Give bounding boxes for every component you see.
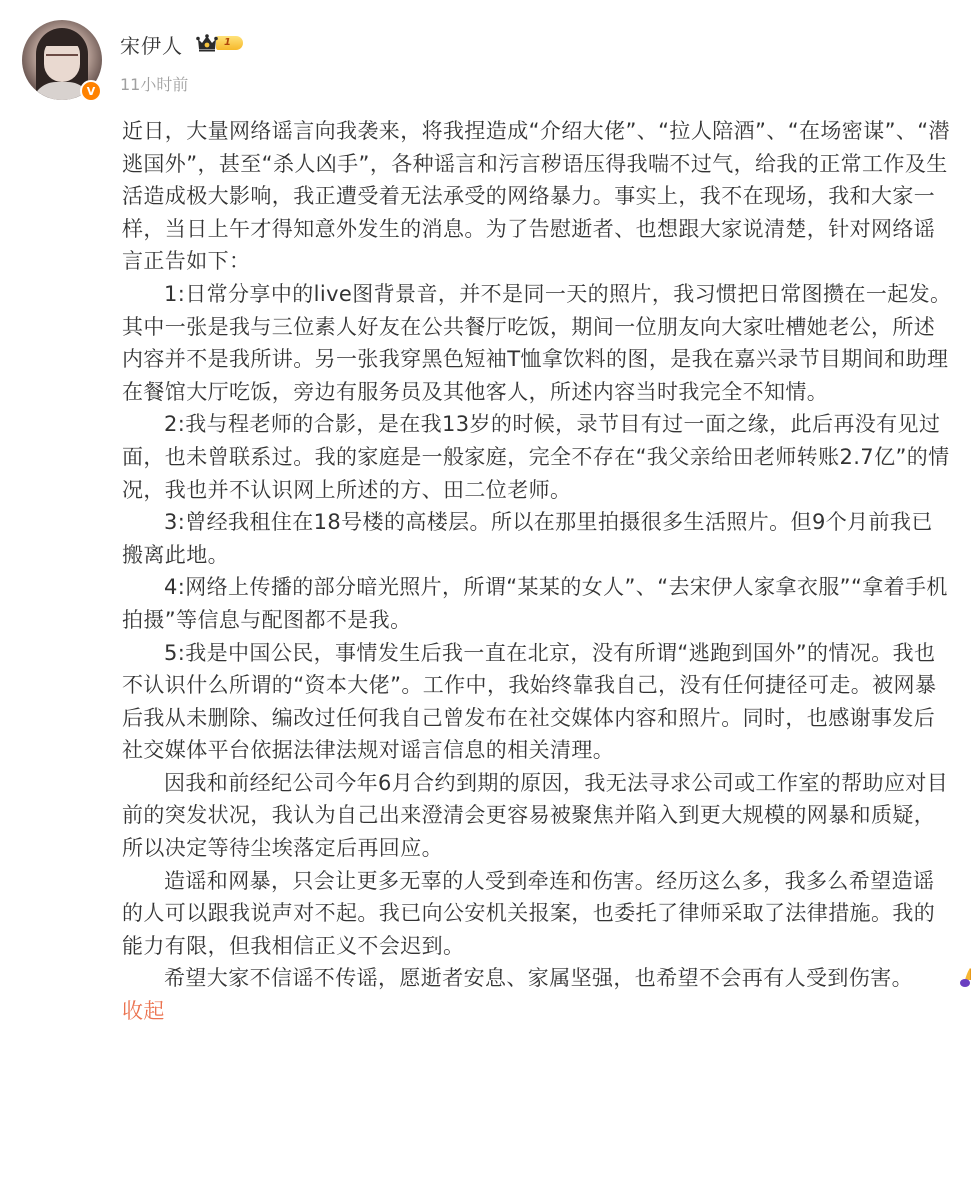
closing-text: 希望大家不信谣不传谣，愿逝者安息、家属坚强，也希望不会再有人受到伤害。 [164,966,913,990]
crown-icon [196,34,218,52]
paragraph-point-3: 3:曾经我租住在18号楼的高楼层。所以在那里拍摄很多生活照片。但9个月前我已搬离… [122,506,954,571]
avatar-glasses [46,54,78,64]
weibo-post: V 宋伊人 1 11小时前 近日，大量网络谣言向我袭来，将我捏造成“介绍大佬”、… [0,0,971,1200]
collapse-link[interactable]: 收起 [122,999,165,1023]
pray-icon [917,965,941,987]
paragraph-closing: 希望大家不信谣不传谣，愿逝者安息、家属坚强，也希望不会再有人受到伤害。 收起 [122,962,954,1027]
post-header: V 宋伊人 1 11小时前 [22,20,622,110]
paragraph-intro: 近日，大量网络谣言向我袭来，将我捏造成“介绍大佬”、“拉人陪酒”、“在场密谋”、… [122,115,954,278]
paragraph-legal: 造谣和网暴，只会让更多无辜的人受到牵连和伤害。经历这么多，我多么希望造谣的人可以… [122,865,954,963]
vip-level: 1 [216,36,243,50]
paragraph-point-5: 5:我是中国公民，事情发生后我一直在北京，没有所谓“逃跑到国外”的情况。我也不认… [122,637,954,767]
paragraph-point-2: 2:我与程老师的合影，是在我13岁的时候，录节目有过一面之缘，此后再没有见过面，… [122,408,954,506]
post-body: 近日，大量网络谣言向我袭来，将我捏造成“介绍大佬”、“拉人陪酒”、“在场密谋”、… [122,115,954,1028]
paragraph-point-4: 4:网络上传播的部分暗光照片，所谓“某某的女人”、“去宋伊人家拿衣服”“拿着手机… [122,571,954,636]
vip-badge[interactable]: 1 [196,33,243,53]
verified-icon: V [80,80,102,102]
paragraph-point-1: 1:日常分享中的live图背景音，并不是同一天的照片，我习惯把日常图攒在一起发。… [122,278,954,408]
author-name[interactable]: 宋伊人 [120,30,183,59]
post-timestamp[interactable]: 11小时前 [120,72,188,95]
paragraph-contract: 因我和前经纪公司今年6月合约到期的原因，我无法寻求公司或工作室的帮助应对目前的突… [122,767,954,865]
avatar-bangs [42,32,82,46]
